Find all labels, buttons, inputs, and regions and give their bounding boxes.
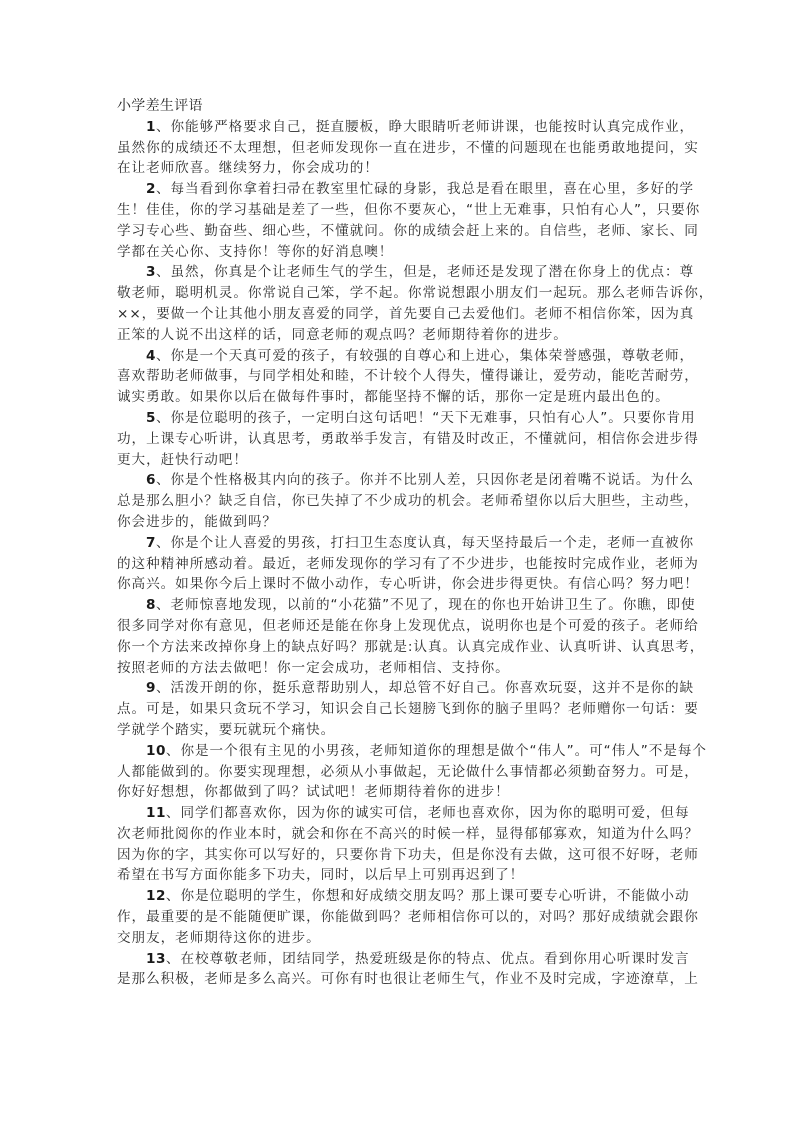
paragraph-line: 因为你的字，其实你可以写好的，只要你肯下功夫，但是你没有去做，这可很不好呀，老师	[117, 845, 677, 866]
comment-number: 13	[146, 951, 166, 967]
paragraph-line: 敬老师，聪明机灵。你常说自己笨，学不起。你常说想跟小朋友们一起玩。那么老师告诉你…	[117, 283, 677, 304]
line-text: 、虽然，你真是个让老师生气的学生，但是，老师还是发现了潜在你身上的优点：尊	[156, 264, 694, 280]
paragraph-line: 按照老师的方法去做吧！你一定会成功，老师相信、支持你。	[117, 658, 677, 679]
document-title: 小学差生评语	[117, 96, 677, 117]
comment-number: 7	[146, 535, 156, 551]
paragraph-first-line: 11、同学们都喜欢你，因为你的诚实可信，老师也喜欢你，因为你的聪明可爱，但每	[117, 803, 677, 824]
paragraph-line: 学就学个踏实，要玩就玩个痛快。	[117, 720, 677, 741]
paragraph-line: 喜欢帮助老师做事，与同学相处和睦，不计较个人得失，懂得谦让，爱劳动，能吃苦耐劳，	[117, 366, 677, 387]
paragraph-first-line: 12、你是位聪明的学生，你想和好成绩交朋友吗？那上课可要专心听讲，不能做小动	[117, 886, 677, 907]
paragraph-line: 正笨的人说不出这样的话，同意老师的观点吗？老师期待着你的进步。	[117, 325, 677, 346]
paragraph-line: 诚实勇敢。如果你以后在做每件事时，都能坚持不懈的话，那你一定是班内最出色的。	[117, 387, 677, 408]
document-page: 小学差生评语 1、你能够严格要求自己，挺直腰板，睁大眼睛听老师讲课，也能按时认真…	[0, 0, 793, 1122]
paragraph-line: 作，最重要的是不能随便旷课，你能做到吗？老师相信你可以的，对吗？那好成绩就会跟你	[117, 907, 677, 928]
paragraph-line: 总是那么胆小？缺乏自信，你已失掉了不少成功的机会。老师希望你以后大胆些，主动些，	[117, 491, 677, 512]
paragraph-line: 希望在书写方面你能多下功夫，同时，以后早上可别再迟到了！	[117, 865, 677, 886]
paragraph-line: 你一个方法来改掉你身上的缺点好吗？那就是:认真。认真完成作业、认真听讲、认真思考…	[117, 637, 677, 658]
comment-number: 3	[146, 264, 156, 280]
comment-number: 1	[146, 119, 156, 135]
paragraph-line: 次老师批阅你的作业本时，就会和你在不高兴的时候一样，显得郁郁寡欢，知道为什么吗？	[117, 824, 677, 845]
comment-paragraph: 1、你能够严格要求自己，挺直腰板，睁大眼睛听老师讲课，也能按时认真完成作业，虽然…	[117, 117, 677, 179]
paragraph-first-line: 1、你能够严格要求自己，挺直腰板，睁大眼睛听老师讲课，也能按时认真完成作业，	[117, 117, 677, 138]
comment-number: 9	[146, 680, 156, 696]
comment-paragraph: 9、活泼开朗的你，挺乐意帮助别人，却总管不好自己。你喜欢玩耍，这并不是你的缺点。…	[117, 678, 677, 740]
comment-number: 10	[146, 743, 166, 759]
paragraph-first-line: 5、你是位聪明的孩子，一定明白这句话吧！“天下无难事，只怕有心人”。只要你肯用	[117, 408, 677, 429]
line-text: 、活泼开朗的你，挺乐意帮助别人，却总管不好自己。你喜欢玩耍，这并不是你的缺	[156, 680, 694, 696]
paragraph-line: 生！佳佳，你的学习基础是差了一些，但你不要灰心，“世上无难事，只怕有心人”，只要…	[117, 200, 677, 221]
line-text: 、同学们都喜欢你，因为你的诚实可信，老师也喜欢你，因为你的聪明可爱，但每	[166, 805, 690, 821]
comment-number: 2	[146, 181, 156, 197]
paragraph-first-line: 6、你是个性格极其内向的孩子。你并不比别人差，只因你老是闭着嘴不说话。为什么	[117, 470, 677, 491]
line-text: 、你能够严格要求自己，挺直腰板，睁大眼睛听老师讲课，也能按时认真完成作业，	[156, 119, 694, 135]
comment-paragraph: 10、你是一个很有主见的小男孩，老师知道你的理想是做个“伟人”。可“伟人”不是每…	[117, 741, 677, 803]
line-text: 、你是个让人喜爱的男孩，打扫卫生态度认真，每天坚持最后一个走，老师一直被你	[156, 535, 694, 551]
comment-paragraph: 2、每当看到你拿着扫帚在教室里忙碌的身影，我总是看在眼里，喜在心里，多好的学生！…	[117, 179, 677, 262]
comment-number: 5	[146, 410, 156, 426]
paragraph-line: 点。可是，如果只贪玩不学习，知识会自己长翅膀飞到你的脑子里吗？老师赠你一句话：要	[117, 699, 677, 720]
paragraph-line: 的这种精神所感动着。最近，老师发现你的学习有了不少进步，也能按时完成作业，老师为	[117, 554, 677, 575]
paragraph-line: 学习专心些、勤奋些、细心些，不懂就问。你的成绩会赶上来的。自信些，老师、家长、同	[117, 221, 677, 242]
paragraph-line: 你好好想想，你都做到了吗？试试吧！老师期待着你的进步！	[117, 782, 677, 803]
line-text: 、每当看到你拿着扫帚在教室里忙碌的身影，我总是看在眼里，喜在心里，多好的学	[156, 181, 694, 197]
line-text: 、你是位聪明的孩子，一定明白这句话吧！“天下无难事，只怕有心人”。只要你肯用	[156, 410, 696, 426]
document-body: 小学差生评语 1、你能够严格要求自己，挺直腰板，睁大眼睛听老师讲课，也能按时认真…	[117, 96, 677, 990]
comment-paragraph: 6、你是个性格极其内向的孩子。你并不比别人差，只因你老是闭着嘴不说话。为什么总是…	[117, 470, 677, 532]
comments-list: 1、你能够严格要求自己，挺直腰板，睁大眼睛听老师讲课，也能按时认真完成作业，虽然…	[117, 117, 677, 990]
comment-paragraph: 4、你是一个天真可爱的孩子，有较强的自尊心和上进心，集体荣誉感强，尊敬老师，喜欢…	[117, 346, 677, 408]
comment-paragraph: 11、同学们都喜欢你，因为你的诚实可信，老师也喜欢你，因为你的聪明可爱，但每次老…	[117, 803, 677, 886]
paragraph-first-line: 3、虽然，你真是个让老师生气的学生，但是，老师还是发现了潜在你身上的优点：尊	[117, 262, 677, 283]
paragraph-line: 更大，赶快行动吧！	[117, 450, 677, 471]
paragraph-first-line: 10、你是一个很有主见的小男孩，老师知道你的理想是做个“伟人”。可“伟人”不是每…	[117, 741, 677, 762]
comment-paragraph: 5、你是位聪明的孩子，一定明白这句话吧！“天下无难事，只怕有心人”。只要你肯用功…	[117, 408, 677, 470]
paragraph-line: 交朋友，老师期待这你的进步。	[117, 928, 677, 949]
paragraph-line: 是那么积极，老师是多么高兴。可你有时也很让老师生气，作业不及时完成，字迹潦草，上	[117, 969, 677, 990]
paragraph-line: 在让老师欣喜。继续努力，你会成功的！	[117, 158, 677, 179]
paragraph-line: 你高兴。如果你今后上课时不做小动作，专心听讲，你会进步得更快。有信心吗？努力吧！	[117, 574, 677, 595]
paragraph-first-line: 4、你是一个天真可爱的孩子，有较强的自尊心和上进心，集体荣誉感强，尊敬老师，	[117, 346, 677, 367]
comment-number: 4	[146, 348, 156, 364]
paragraph-line: ××，要做一个让其他小朋友喜爱的同学，首先要自己去爱他们。老师不相信你笨，因为真	[117, 304, 677, 325]
line-text: 、你是一个很有主见的小男孩，老师知道你的理想是做个“伟人”。可“伟人”不是每个	[166, 743, 707, 759]
comment-paragraph: 13、在校尊敬老师，团结同学，热爱班级是你的特点、优点。看到你用心听课时发言是那…	[117, 949, 677, 991]
paragraph-line: 学都在关心你、支持你！等你的好消息噢！	[117, 242, 677, 263]
line-text: 、你是个性格极其内向的孩子。你并不比别人差，只因你老是闭着嘴不说话。为什么	[156, 472, 694, 488]
comment-number: 6	[146, 472, 156, 488]
comment-paragraph: 7、你是个让人喜爱的男孩，打扫卫生态度认真，每天坚持最后一个走，老师一直被你的这…	[117, 533, 677, 595]
line-text: 、在校尊敬老师，团结同学，热爱班级是你的特点、优点。看到你用心听课时发言	[166, 951, 690, 967]
paragraph-line: 功，上课专心听讲，认真思考，勇敢举手发言，有错及时改正，不懂就问，相信你会进步得	[117, 429, 677, 450]
line-text: 、老师惊喜地发现，以前的“小花猫”不见了，现在的你也开始讲卫生了。你瞧，即使	[156, 597, 696, 613]
comment-number: 8	[146, 597, 156, 613]
comment-paragraph: 3、虽然，你真是个让老师生气的学生，但是，老师还是发现了潜在你身上的优点：尊敬老…	[117, 262, 677, 345]
line-text: 、你是位聪明的学生，你想和好成绩交朋友吗？那上课可要专心听讲，不能做小动	[166, 888, 690, 904]
comment-paragraph: 12、你是位聪明的学生，你想和好成绩交朋友吗？那上课可要专心听讲，不能做小动作，…	[117, 886, 677, 948]
comment-number: 12	[146, 888, 166, 904]
paragraph-first-line: 9、活泼开朗的你，挺乐意帮助别人，却总管不好自己。你喜欢玩耍，这并不是你的缺	[117, 678, 677, 699]
paragraph-line: 你会进步的，能做到吗？	[117, 512, 677, 533]
paragraph-first-line: 13、在校尊敬老师，团结同学，热爱班级是你的特点、优点。看到你用心听课时发言	[117, 949, 677, 970]
comment-number: 11	[146, 805, 166, 821]
paragraph-line: 虽然你的成绩还不太理想，但老师发现你一直在进步，不懂的问题现在也能勇敢地提问，实	[117, 138, 677, 159]
paragraph-line: 很多同学对你有意见，但老师还是能在你身上发现优点，说明你也是个可爱的孩子。老师给	[117, 616, 677, 637]
line-text: 、你是一个天真可爱的孩子，有较强的自尊心和上进心，集体荣誉感强，尊敬老师，	[156, 348, 694, 364]
comment-paragraph: 8、老师惊喜地发现，以前的“小花猫”不见了，现在的你也开始讲卫生了。你瞧，即使很…	[117, 595, 677, 678]
paragraph-first-line: 2、每当看到你拿着扫帚在教室里忙碌的身影，我总是看在眼里，喜在心里，多好的学	[117, 179, 677, 200]
paragraph-first-line: 7、你是个让人喜爱的男孩，打扫卫生态度认真，每天坚持最后一个走，老师一直被你	[117, 533, 677, 554]
paragraph-line: 人都能做到的。你要实现理想，必须从小事做起，无论做什么事情都必须勤奋努力。可是，	[117, 762, 677, 783]
paragraph-first-line: 8、老师惊喜地发现，以前的“小花猫”不见了，现在的你也开始讲卫生了。你瞧，即使	[117, 595, 677, 616]
